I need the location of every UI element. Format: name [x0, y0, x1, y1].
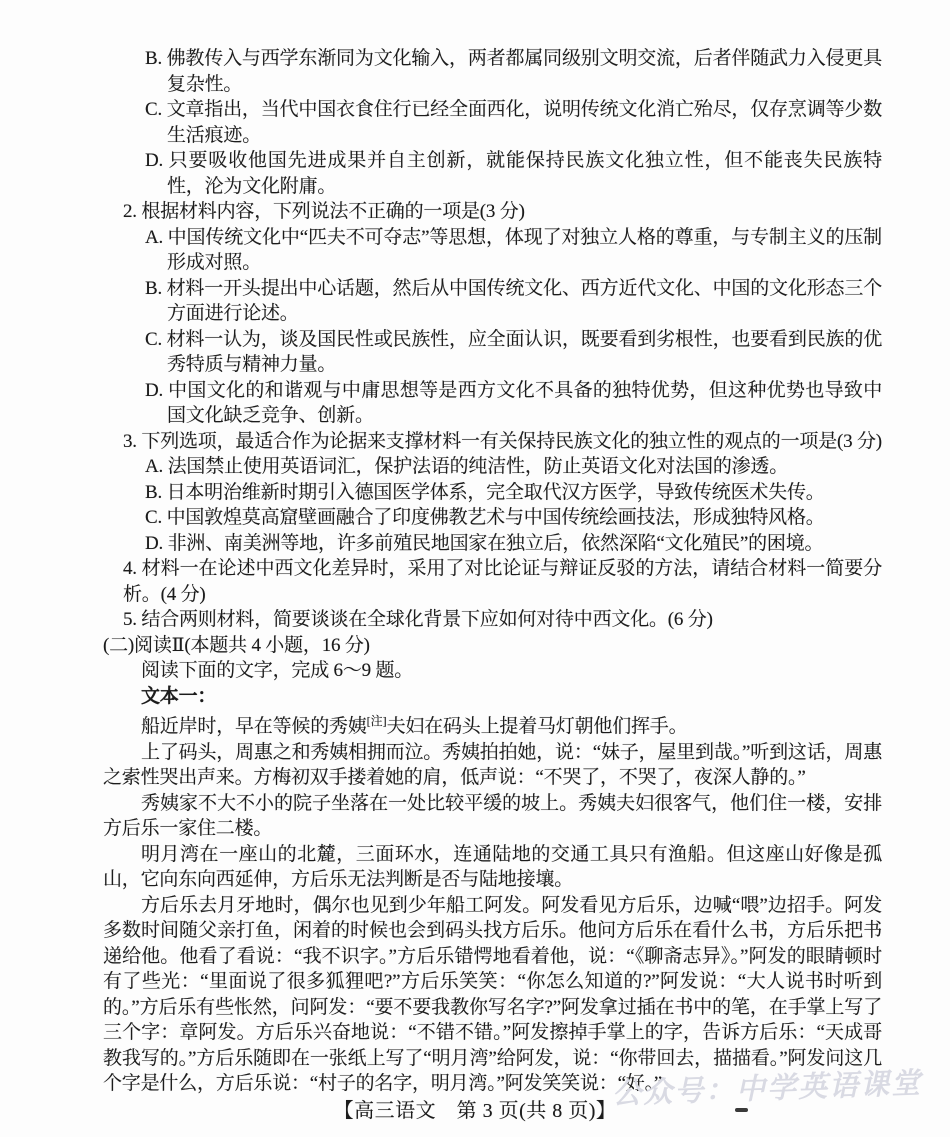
answer-option-1d: D. 只要吸收他国先进成果并自主创新，就能保持民族文化独立性，但不能丧失民族特性… — [103, 148, 882, 199]
question-5-stem: 5. 结合两则材料，简要谈谈在全球化背景下应如何对待中西文化。(6 分) — [103, 607, 882, 633]
story-paragraph-3: 秀姨家不大不小的院子坐落在一处比较平缓的坡上。秀姨夫妇很客气，他们住一楼，安排方… — [103, 791, 882, 842]
answer-option-2d: D. 中国文化的和谐观与中庸思想等是西方文化不具备的独特优势，但这种优势也导致中… — [103, 378, 882, 429]
page-footer: 【高三语文 第 3 页(共 8 页)】 — [0, 1094, 950, 1123]
exam-page: B. 佛教传入与西学东渐同为文化输入，两者都属同级别文明交流，后者伴随武力入侵更… — [0, 0, 950, 1137]
question-3-stem: 3. 下列选项，最适合作为论据来支撑材料一有关保持民族文化的独立性的观点的一项是… — [103, 429, 882, 455]
answer-option-1b: B. 佛教传入与西学东渐同为文化输入，两者都属同级别文明交流，后者伴随武力入侵更… — [103, 46, 882, 97]
reading-instruction: 阅读下面的文字，完成 6～9 题。 — [103, 658, 882, 684]
question-4-stem: 4. 材料一在论述中西文化差异时，采用了对比论证与辩证反驳的方法，请结合材料一简… — [103, 556, 882, 607]
question-2-stem: 2. 根据材料内容，下列说法不正确的一项是(3 分) — [103, 199, 882, 225]
story-paragraph-4: 明月湾在一座山的北麓，三面环水，连通陆地的交通工具只有渔船。但这座山好像是孤山，… — [103, 842, 882, 893]
answer-option-2c: C. 材料一认为，谈及国民性或民族性，应全面认识，既要看到劣根性，也要看到民族的… — [103, 327, 882, 378]
answer-option-2a: A. 中国传统文化中“匹夫不可夺志”等思想，体现了对独立人格的尊重，与专制主义的… — [103, 225, 882, 276]
answer-option-1c: C. 文章指出，当代中国衣食住行已经全面西化，说明传统文化消亡殆尽，仅存烹调等少… — [103, 97, 882, 148]
section-2-heading: (二)阅读Ⅱ(本题共 4 小题，16 分) — [103, 633, 882, 659]
story-paragraph-2: 上了码头，周惠之和秀姨相拥而泣。秀姨拍拍她，说：“妹子，屋里到哉。”听到这话，周… — [103, 740, 882, 791]
answer-option-2b: B. 材料一开头提出中心话题，然后从中国传统文化、西方近代文化、中国的文化形态三… — [103, 276, 882, 327]
story-paragraph-1: 船近岸时，早在等候的秀姨[注]夫妇在码头上提着马灯朝他们挥手。 — [103, 709, 882, 740]
page-body: B. 佛教传入与西学东渐同为文化输入，两者都属同级别文明交流，后者伴随武力入侵更… — [103, 46, 882, 1097]
answer-option-3d: D. 非洲、南美洲等地，许多前殖民地国家在独立后，依然深陷“文化殖民”的困境。 — [103, 531, 882, 557]
note-superscript: [注] — [367, 714, 387, 728]
answer-option-3c: C. 中国敦煌莫高窟壁画融合了印度佛教艺术与中国传统绘画技法，形成独特风格。 — [103, 505, 882, 531]
story-paragraph-1-text: 船近岸时，早在等候的秀姨 — [141, 716, 367, 737]
answer-option-3b: B. 日本明治维新时期引入德国医学体系，完全取代汉方医学，导致传统医术失传。 — [103, 480, 882, 506]
text-one-label: 文本一： — [103, 684, 882, 710]
story-paragraph-1-tail: 夫妇在码头上提着马灯朝他们挥手。 — [387, 716, 688, 737]
answer-option-3a: A. 法国禁止使用英语词汇，保护法语的纯洁性，防止英语文化对法国的渗透。 — [103, 454, 882, 480]
